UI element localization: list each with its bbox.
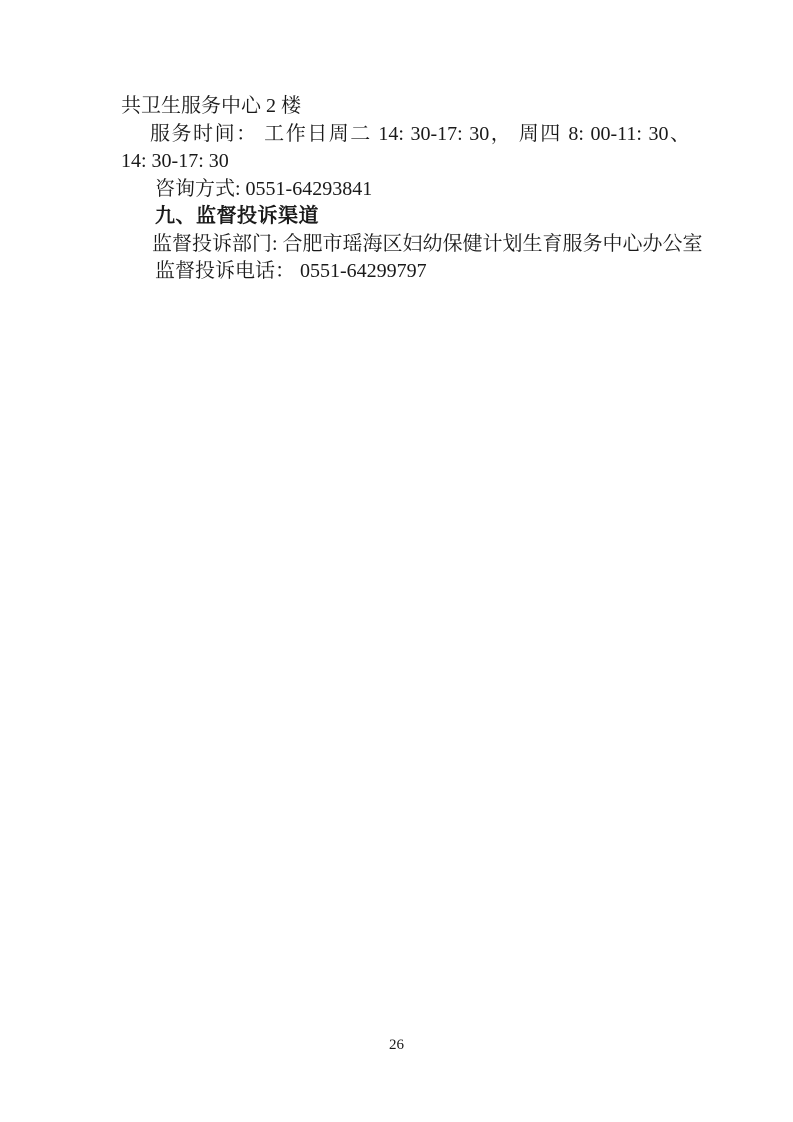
document-body: 共卫生服务中心 2 楼 服务时间： 工作日周二 14: 30-17: 30， 周…	[121, 93, 690, 286]
page-number: 26	[0, 1036, 793, 1054]
paragraph-consult-phone: 咨询方式: 0551-64293841	[121, 176, 690, 204]
paragraph-service-hours-line1: 服务时间： 工作日周二 14: 30-17: 30， 周四 8: 00-11: …	[121, 121, 690, 149]
paragraph-continuation: 共卫生服务中心 2 楼	[121, 93, 690, 121]
paragraph-service-hours-line2: 14: 30-17: 30	[121, 148, 690, 176]
section-heading-complaint-channel: 九、监督投诉渠道	[121, 203, 690, 231]
paragraph-complaint-department: 监督投诉部门: 合肥市瑶海区妇幼保健计划生育服务中心办公室	[121, 231, 690, 259]
paragraph-complaint-phone: 监督投诉电话： 0551-64299797	[121, 258, 690, 286]
document-page: 共卫生服务中心 2 楼 服务时间： 工作日周二 14: 30-17: 30， 周…	[0, 0, 793, 1122]
